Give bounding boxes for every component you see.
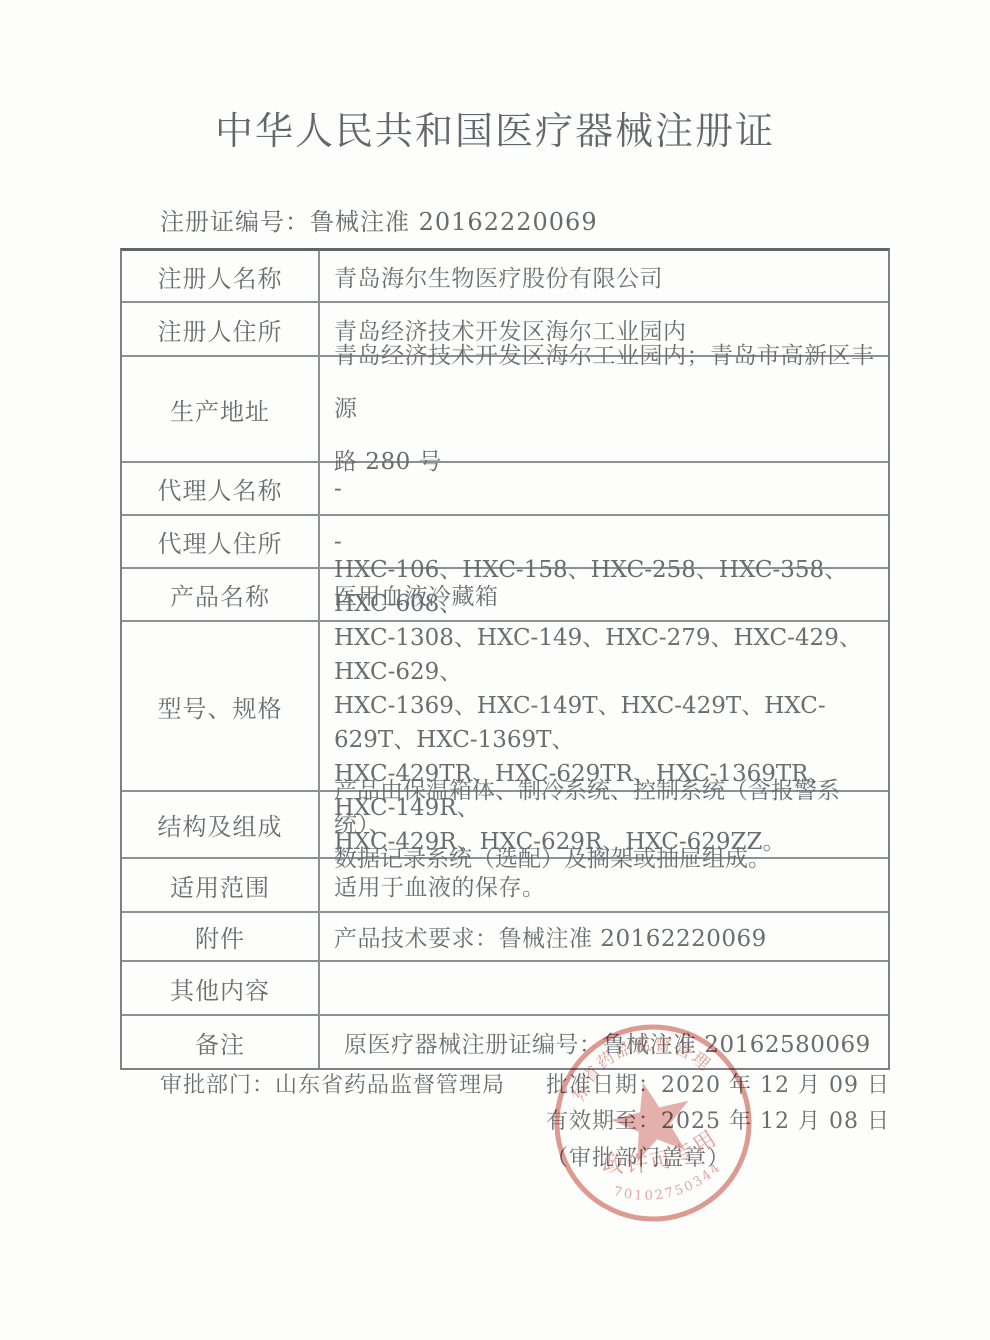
- certificate-title: 中华人民共和国医疗器械注册证: [0, 100, 990, 155]
- row-label: 适用范围: [122, 859, 320, 911]
- certificate-page: 中华人民共和国医疗器械注册证 注册证编号：鲁械注准 20162220069 注册…: [0, 0, 990, 1340]
- row-value: HXC-106、HXC-158、HXC-258、HXC-358、HXC-608、…: [320, 622, 888, 790]
- row-value: -: [320, 463, 888, 514]
- row-label: 产品名称: [122, 569, 320, 620]
- row-value: 青岛海尔生物医疗股份有限公司: [320, 251, 888, 301]
- row-label: 注册人住所: [122, 303, 320, 355]
- row-value: 适用于血液的保存。: [320, 859, 888, 911]
- row-label: 结构及组成: [122, 792, 320, 857]
- row-label: 附件: [122, 913, 320, 960]
- table-row-registrant-name: 注册人名称 青岛海尔生物医疗股份有限公司: [122, 251, 888, 303]
- row-label: 代理人名称: [122, 463, 320, 514]
- table-row-structure: 结构及组成 产品由保温箱体、制冷系统、控制系统（含报警系统）、 数据记录系统（选…: [122, 792, 888, 859]
- table-row-attachment: 附件 产品技术要求：鲁械注准 20162220069: [122, 913, 888, 962]
- row-value: 产品由保温箱体、制冷系统、控制系统（含报警系统）、 数据记录系统（选配）及搁架或…: [320, 792, 888, 857]
- table-row-scope: 适用范围 适用于血液的保存。: [122, 859, 888, 913]
- row-value: 青岛经济技术开发区海尔工业园内；青岛市高新区丰源 路 280 号: [320, 357, 888, 461]
- table-row-production-address: 生产地址 青岛经济技术开发区海尔工业园内；青岛市高新区丰源 路 280 号: [122, 357, 888, 463]
- registration-number: 注册证编号：鲁械注准 20162220069: [160, 202, 598, 237]
- row-label: 代理人住所: [122, 516, 320, 567]
- row-label: 生产地址: [122, 357, 320, 461]
- info-table: 注册人名称 青岛海尔生物医疗股份有限公司 注册人住所 青岛经济技术开发区海尔工业…: [120, 248, 890, 1070]
- table-row-agent-name: 代理人名称 -: [122, 463, 888, 516]
- table-row-models: 型号、规格 HXC-106、HXC-158、HXC-258、HXC-358、HX…: [122, 622, 888, 792]
- row-label: 型号、规格: [122, 622, 320, 790]
- row-label: 备注: [122, 1016, 320, 1068]
- row-value: 产品技术要求：鲁械注准 20162220069: [320, 913, 888, 960]
- row-label: 注册人名称: [122, 251, 320, 301]
- approval-department: 审批部门：山东省药品监督管理局: [160, 1068, 505, 1099]
- row-label: 其他内容: [122, 962, 320, 1014]
- table-row-other: 其他内容: [122, 962, 888, 1016]
